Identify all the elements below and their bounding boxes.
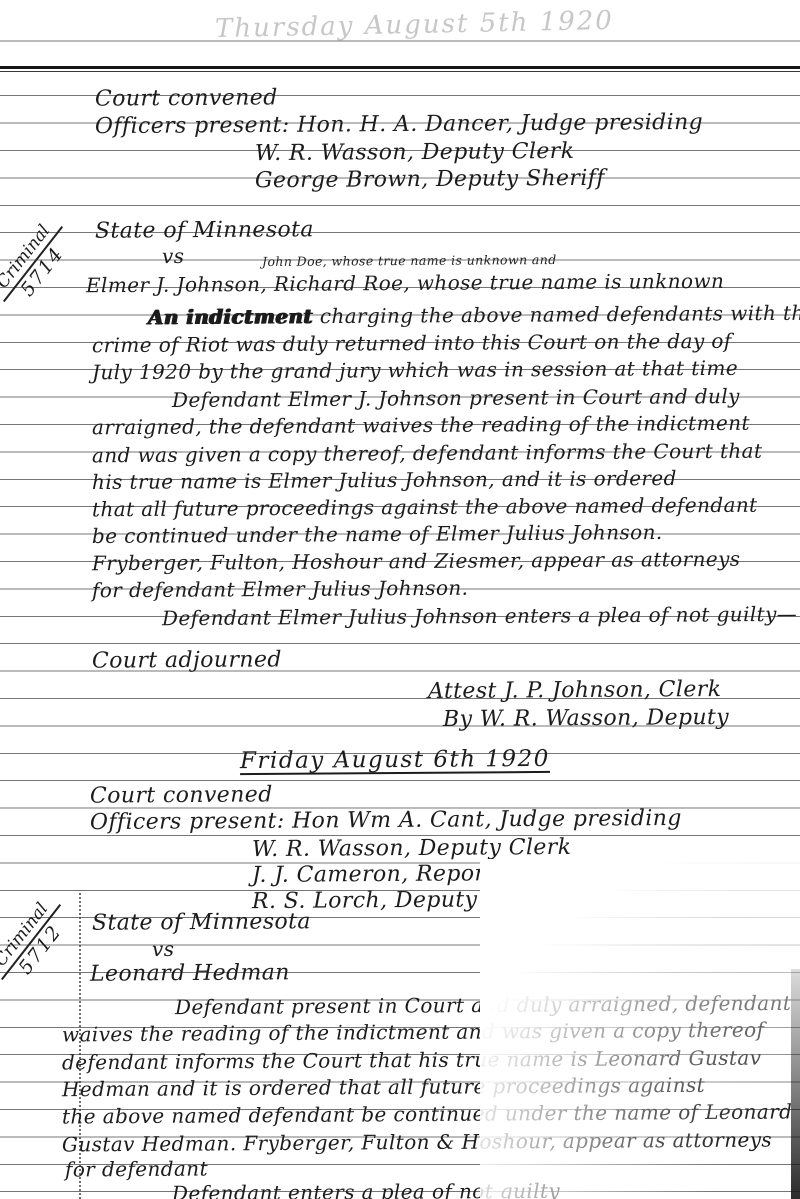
court-convened-line: Court convened xyxy=(90,782,273,809)
officer-clerk-line: W. R. Wasson, Deputy Clerk xyxy=(255,139,575,167)
session-date-header: Friday August 6th 1920 xyxy=(240,746,550,774)
arraignment-paragraph-line: Defendant Elmer J. Johnson present in Co… xyxy=(172,383,740,413)
attest-deputy-line: By W. R. Wasson, Deputy xyxy=(443,705,729,733)
arraignment-paragraph-line: and was given a copy thereof, defendant … xyxy=(92,438,763,469)
court-adjourned-line: Court adjourned xyxy=(92,647,282,674)
caption-defendant: Leonard Hedman xyxy=(90,960,290,987)
indictment-paragraph-line: July 1920 by the grand jury which was in… xyxy=(92,355,738,386)
arraignment-paragraph-line: that all future proceedings against the … xyxy=(92,492,758,523)
scan-edge-strip xyxy=(791,969,800,1199)
scanned-court-record-page: { "page": { "ghost_header": "Thursday Au… xyxy=(0,0,800,1199)
attorneys-line: for defendant xyxy=(65,1156,208,1183)
caption-state: State of Minnesota xyxy=(92,909,311,937)
top-heavy-rule-shadow xyxy=(0,71,800,72)
officers-present-line: Officers present: Hon. H. A. Dancer, Jud… xyxy=(95,110,703,140)
officer-sheriff-line: George Brown, Deputy Sheriff xyxy=(255,166,605,194)
caption-interlined: John Doe, whose true name is unknown and xyxy=(262,252,557,269)
ghost-date-header: Thursday August 5th 1920 xyxy=(215,8,614,42)
caption-vs: vs xyxy=(162,243,185,269)
court-convened-line: Court convened xyxy=(95,85,278,112)
indictment-paragraph-line: crime of Riot was duly returned into thi… xyxy=(92,328,732,358)
caption-state: State of Minnesota xyxy=(95,217,314,245)
arraignment-paragraph-line: arraigned, the defendant waives the read… xyxy=(92,410,750,441)
attorneys-line: for defendant Elmer Julius Johnson. xyxy=(92,575,469,604)
attest-clerk-line: Attest J. P. Johnson, Clerk xyxy=(428,677,722,705)
arraignment-paragraph-line: be continued under the name of Elmer Jul… xyxy=(92,519,663,549)
top-heavy-rule xyxy=(0,66,800,69)
indictment-paragraph-line: An indictment charging the above named d… xyxy=(148,300,800,331)
scan-noise-fade xyxy=(480,859,800,1199)
officers-present-line: Officers present: Hon Wm A. Cant, Judge … xyxy=(90,806,682,836)
plea-line: Defendant Elmer Julius Johnson enters a … xyxy=(162,601,797,631)
officer-reporter-line: J. J. Cameron, Reporter xyxy=(252,861,519,889)
indictment-line-rest: charging the above named defendants with… xyxy=(320,301,800,328)
indictment-lead-overwritten: An indictment xyxy=(148,304,313,329)
arraignment-paragraph-line: his true name is Elmer Julius Johnson, a… xyxy=(92,465,677,495)
caption-vs: vs xyxy=(152,936,175,962)
attorneys-line: Fryberger, Fulton, Hoshour and Ziesmer, … xyxy=(92,546,741,577)
caption-defendants: Elmer J. Johnson, Richard Roe, whose tru… xyxy=(86,268,724,298)
